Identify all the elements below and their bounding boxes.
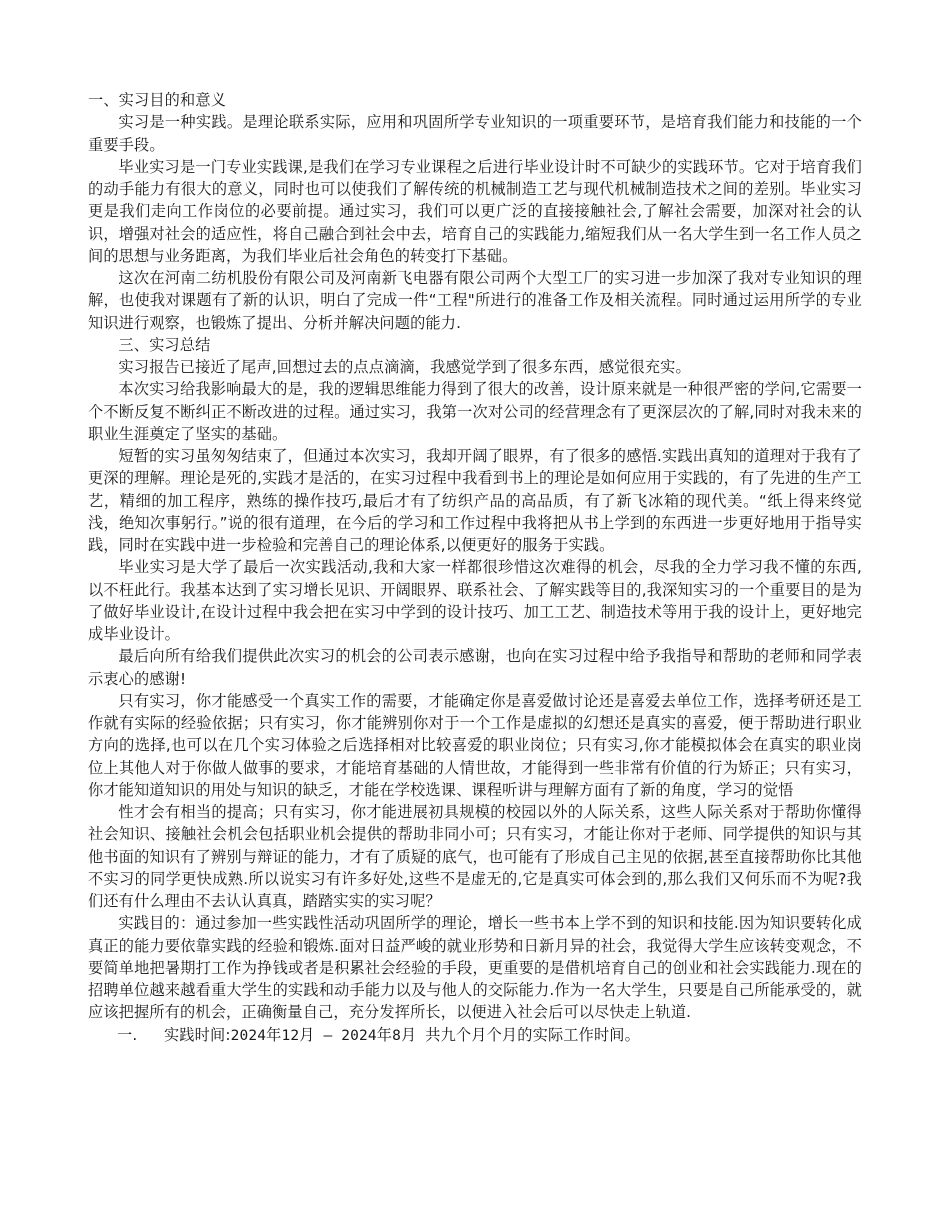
practice-time-line: 一. 实践时间:2024年12月 – 2024年8月 共九个月个月的实际工作时间… bbox=[88, 1024, 862, 1047]
section-heading-summary: 三、实习总结 bbox=[88, 334, 862, 356]
paragraph: 实习报告已接近了尾声,回想过去的点点滴滴，我感觉学到了很多东西，感觉很充实。 bbox=[88, 356, 862, 378]
range-dash: – bbox=[323, 1028, 332, 1044]
month-char: 月 bbox=[299, 1026, 314, 1044]
paragraph: 本次实习给我影响最大的是，我的逻辑思维能力得到了很大的改善，设计原来就是一种很严… bbox=[88, 378, 862, 445]
paragraph: 毕业实习是大学了最后一次实践活动,我和大家一样都很珍惜这次难得的机会，尽我的全力… bbox=[88, 556, 862, 645]
start-month: 12 bbox=[281, 1028, 299, 1044]
paragraph: 实习是一种实践。是理论联系实际，应用和巩固所学专业知识的一项重要环节，是培育我们… bbox=[88, 111, 862, 156]
year-char: 年 bbox=[266, 1026, 281, 1044]
paragraph: 毕业实习是一门专业实践课,是我们在学习专业课程之后进行毕业设计时不可缺少的实践环… bbox=[88, 156, 862, 267]
paragraph: 短暂的实习虽匆匆结束了，但通过本次实习，我却开阔了眼界，有了很多的感悟.实践出真… bbox=[88, 445, 862, 556]
end-year: 2024 bbox=[341, 1028, 377, 1044]
document-page: 一、实习目的和意义 实习是一种实践。是理论联系实际，应用和巩固所学专业知识的一项… bbox=[88, 89, 862, 1047]
start-year: 2024 bbox=[231, 1028, 267, 1044]
section-heading-purpose: 一、实习目的和意义 bbox=[88, 89, 862, 111]
list-marker: 一. bbox=[117, 1026, 137, 1044]
time-tail: 共九个月个月的实际工作时间。 bbox=[425, 1026, 640, 1044]
year-char: 年 bbox=[377, 1026, 392, 1044]
end-month: 8 bbox=[392, 1028, 401, 1044]
paragraph: 性才会有相当的提高；只有实习，你才能进展初具规模的校园以外的人际关系，这些人际关… bbox=[88, 801, 862, 912]
paragraph: 实践目的：通过参加一些实践性活动巩固所学的理论，增长一些书本上学不到的知识和技能… bbox=[88, 912, 862, 1023]
month-char: 月 bbox=[401, 1026, 416, 1044]
paragraph: 这次在河南二纺机股份有限公司及河南新飞电器有限公司两个大型工厂的实习进一步加深了… bbox=[88, 267, 862, 334]
paragraph: 最后向所有给我们提供此次实习的机会的公司表示感谢，也向在实习过程中给予我指导和帮… bbox=[88, 645, 862, 690]
paragraph: 只有实习，你才能感受一个真实工作的需要，才能确定你是喜爱做讨论还是喜爱去单位工作… bbox=[88, 690, 862, 801]
time-label: 实践时间: bbox=[164, 1026, 231, 1044]
